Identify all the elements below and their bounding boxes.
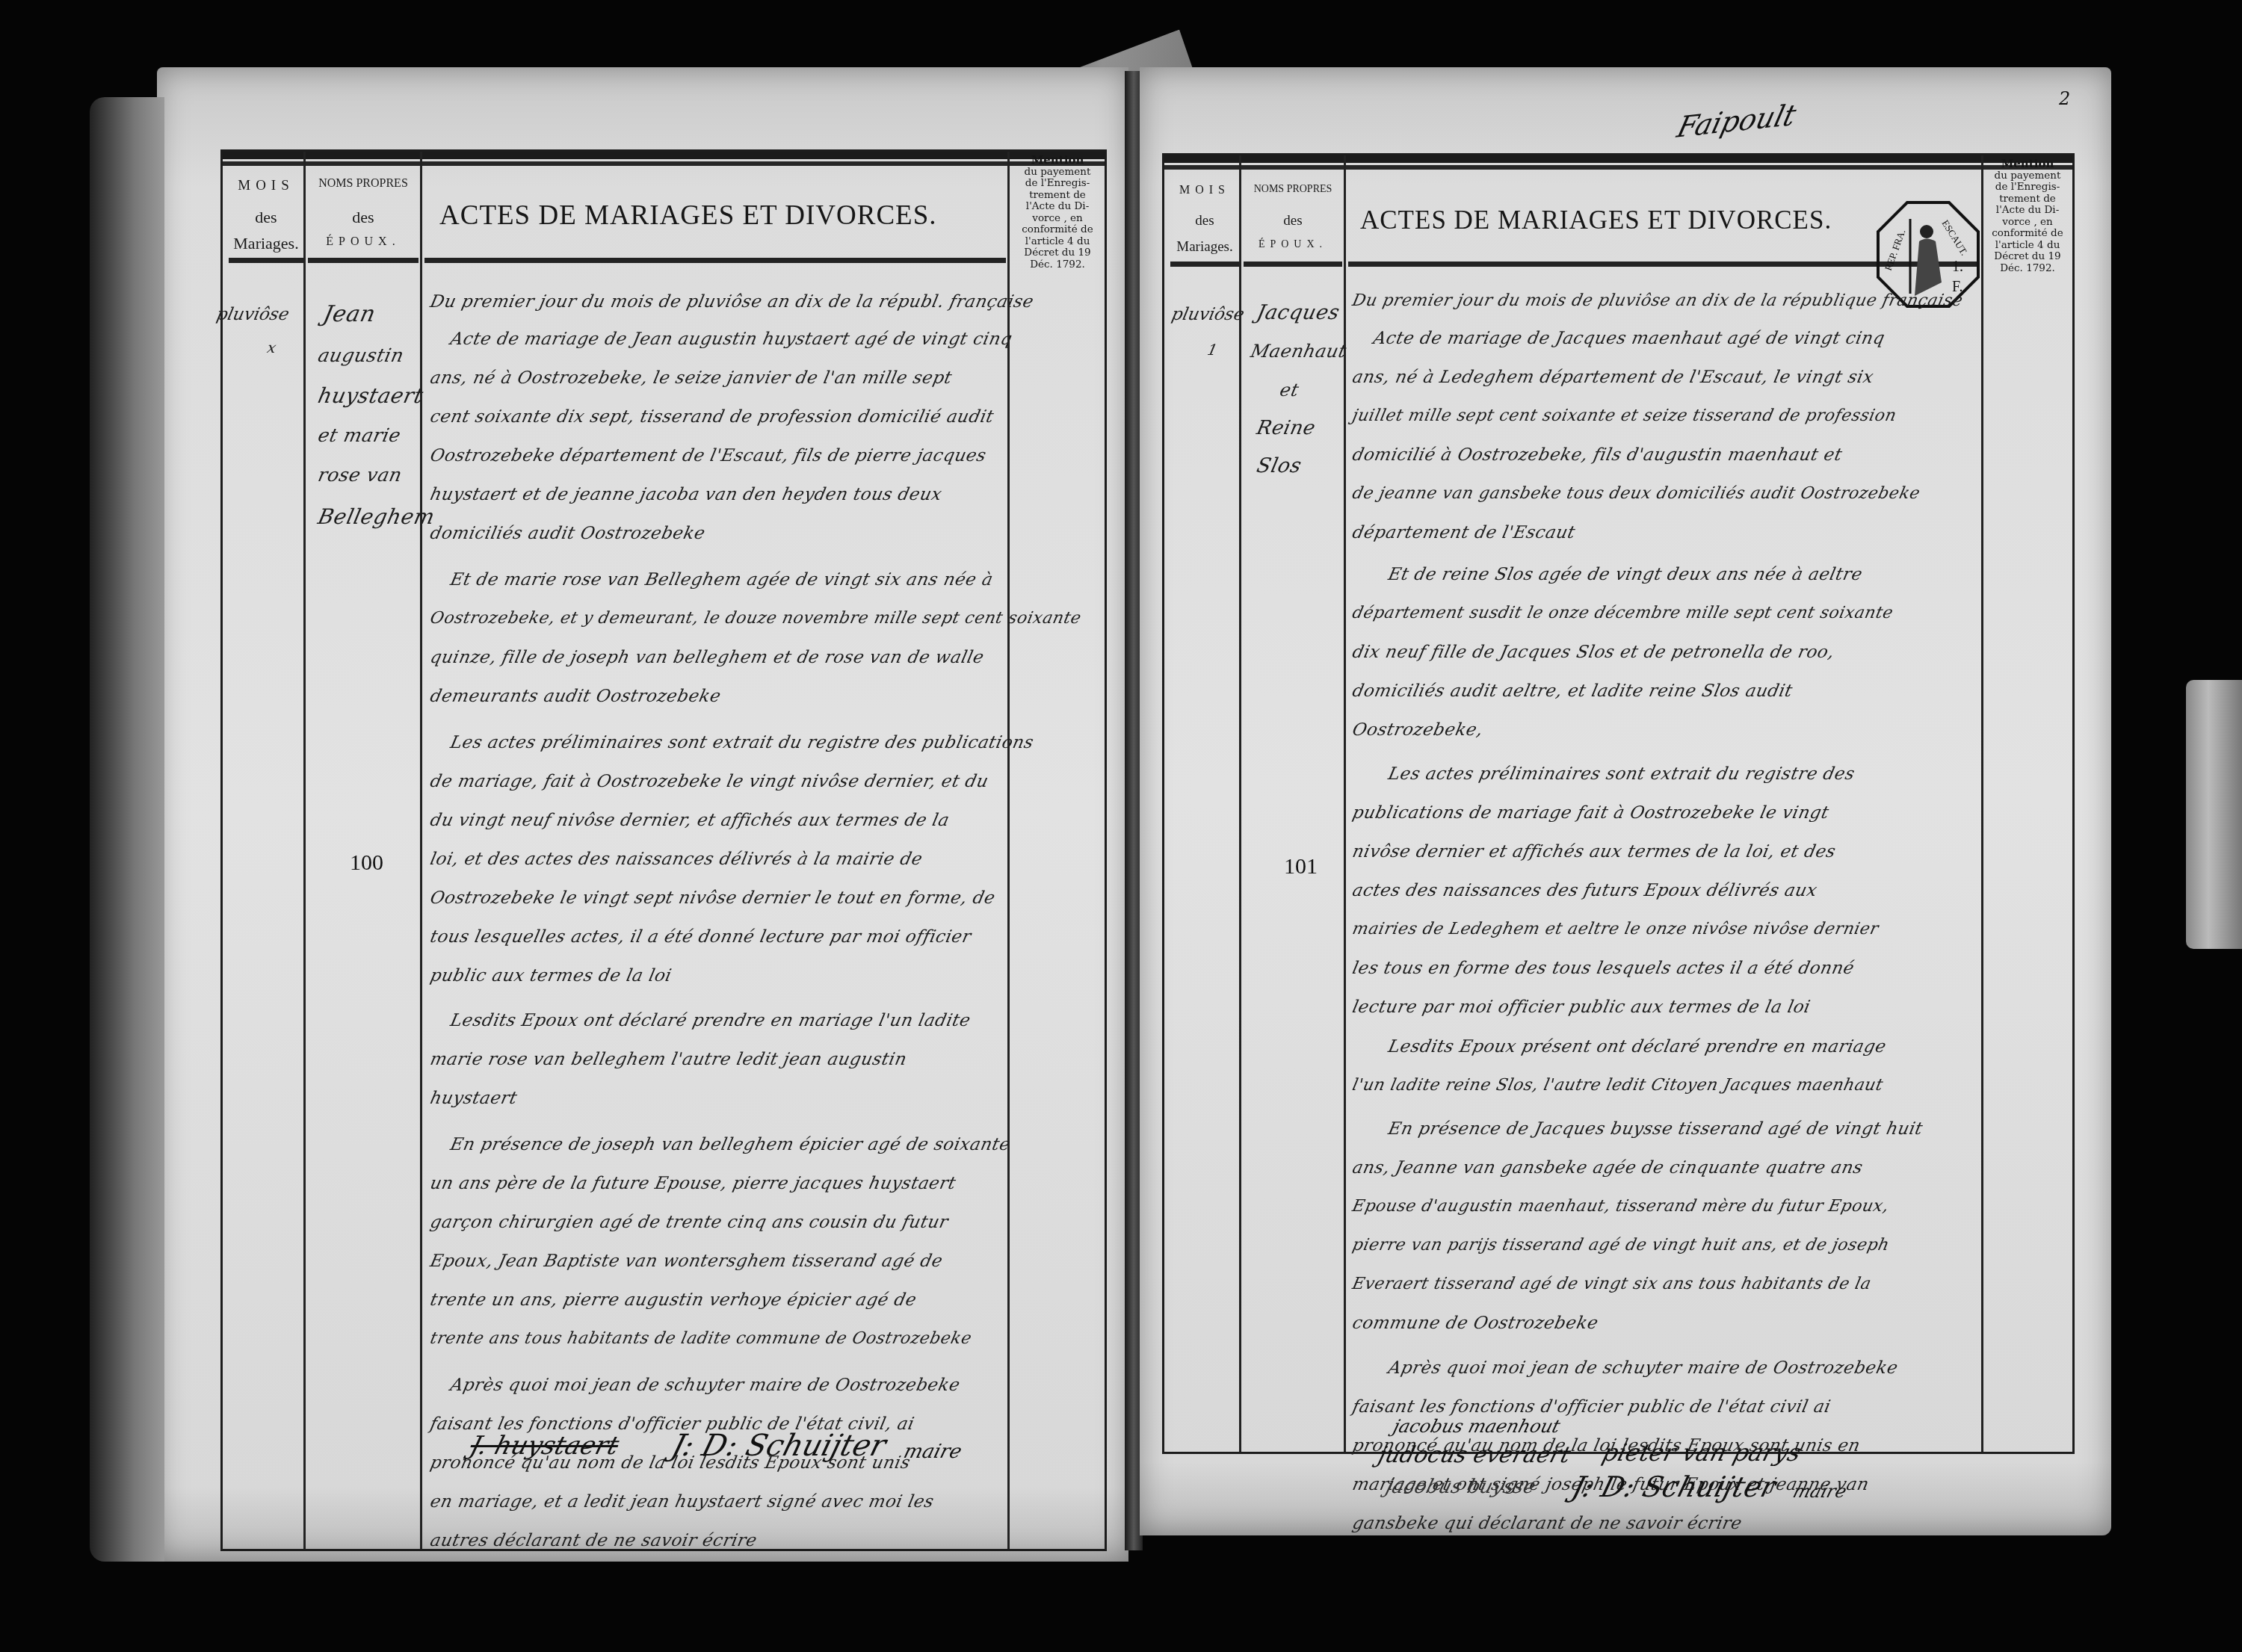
month-entry: pluviôse [214,305,291,324]
spouse-name-line: et marie [316,424,403,446]
spouse-name-line: et [1278,380,1301,400]
spouse-name-line: augustin [316,344,406,366]
col-header-names-bottom: ÉPOUX. [306,235,420,249]
col-header-names-top: NOMS PROPRES [1242,184,1344,196]
col-header-month-top: MOIS [1170,184,1239,197]
spouse-name-line: Jacques [1255,301,1342,324]
left-page: MOIS des Mariages. NOMS PROPRES des ÉPOU… [157,67,1128,1562]
month-entry: pluviôse [1170,305,1246,324]
signature-groom: J. huystaert [467,1431,623,1461]
act-number: 101 [1284,854,1318,879]
spouse-name-line: Belleghem [315,504,436,529]
official-annotation: Faipoult [1674,98,1800,144]
act-number: 100 [350,850,383,876]
col-header-names-top: NOMS PROPRES [306,177,420,191]
page-title: ACTES DE MARIAGES ET DIVORCES. [1360,205,1832,235]
signature-witness: jacobus buysse [1383,1476,1538,1498]
col-header-names-mid: des [306,208,420,227]
spouse-name-line: Reine [1255,417,1318,439]
spouse-name-line: Slos [1255,454,1304,477]
svg-text:ESCAUT.: ESCAUT. [1939,218,1970,258]
mention-column-header: Mention du payement de l'Enregis- tremen… [1013,155,1102,270]
spouse-name-line: huystaert [315,383,425,408]
signature-witness: jacobus maenhout [1391,1416,1563,1437]
right-page-table: MOIS des Mariages. NOMS PROPRES des ÉPOU… [1162,153,2075,1454]
col-header-month-bottom: Mariages. [229,234,303,253]
col-header-month-mid: des [1170,211,1239,231]
month-mark: 1 [1205,341,1219,359]
signature-witness: pieter van parys [1599,1438,1804,1467]
signature-mayor-title: maire [1791,1481,1849,1502]
signature-mayor: J: D: Schuijter [668,1429,890,1463]
page-title: ACTES DE MARIAGES ET DIVORCES. [439,199,937,232]
signature-mayor-title: maire [901,1441,964,1463]
col-header-month-bottom: Mariages. [1170,238,1239,257]
mention-column-header: Mention du payement de l'Enregis- tremen… [1986,158,2069,274]
col-header-month-top: MOIS [229,178,303,194]
right-page: 2 Faipoult MOIS des Mariages. NOMS PROPR… [1140,67,2111,1535]
svg-text:1.: 1. [1952,259,1963,275]
month-mark: x [265,338,277,356]
left-page-table: MOIS des Mariages. NOMS PROPRES des ÉPOU… [220,149,1107,1551]
col-header-names-bottom: ÉPOUX. [1242,239,1344,251]
signature-witness: judocus everaert [1375,1442,1573,1468]
signature-mayor: J: D: Schuijter [1569,1470,1779,1503]
page-edge-tab [2186,680,2242,949]
page-number: 2 [2059,88,2070,109]
spouse-name-line: Jean [321,301,377,327]
col-header-month-mid: des [229,208,303,227]
svg-text:REP. FRA.: REP. FRA. [1883,228,1908,272]
spouse-name-line: rose van [316,464,404,486]
spouse-name-line: Maenhaut [1249,341,1348,362]
col-header-names-mid: des [1242,211,1344,231]
